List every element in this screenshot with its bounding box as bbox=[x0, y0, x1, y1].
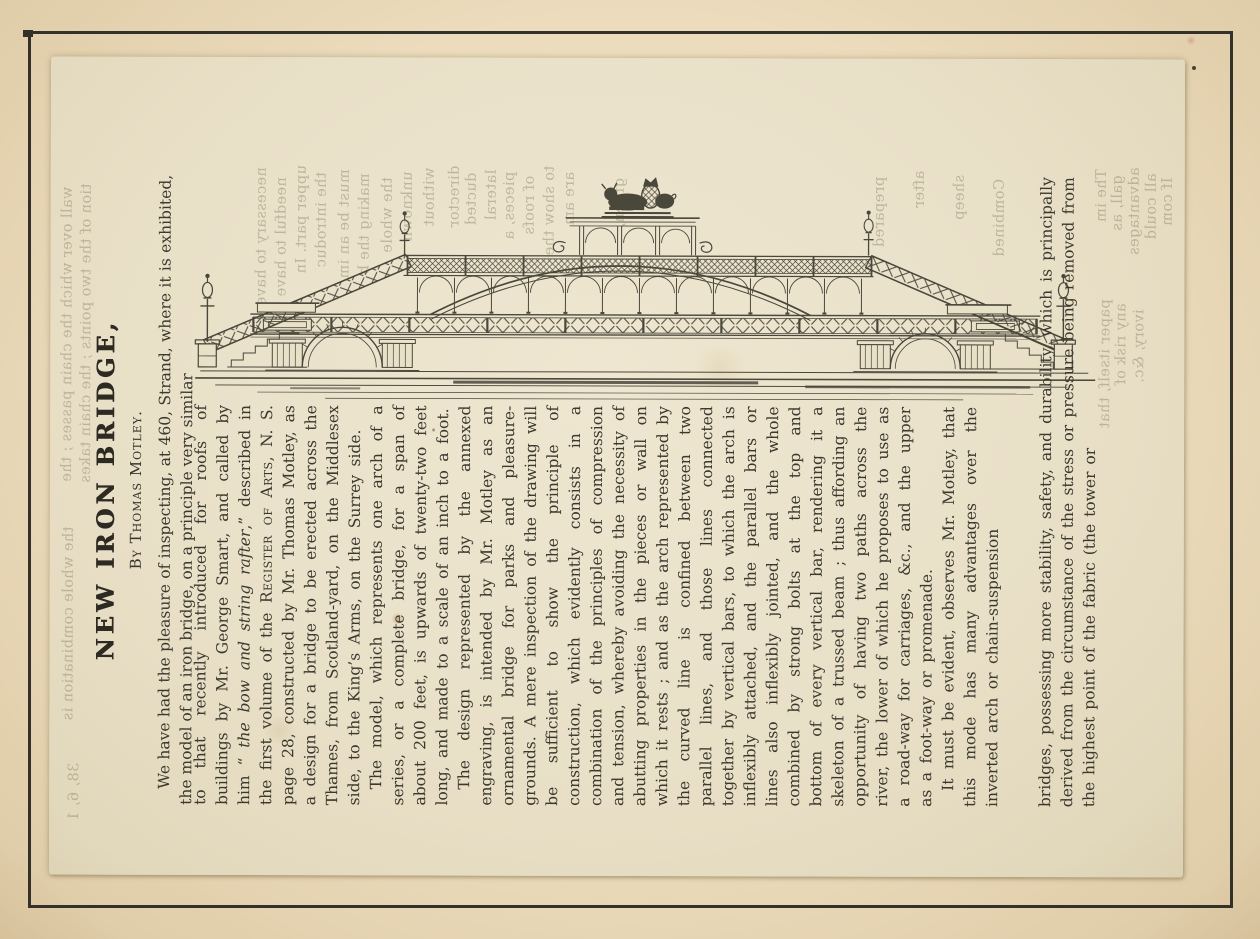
lamp-icon bbox=[195, 274, 219, 367]
royal-crest-icon bbox=[602, 178, 676, 217]
bleed-fragment: If com bbox=[1159, 177, 1177, 226]
bleed-fragment: 38, 6, 1 bbox=[65, 763, 83, 822]
central-pavilion bbox=[553, 218, 712, 255]
article-column-start: NEW IRON BRIDGE, By Thomas Motley. We ha… bbox=[89, 175, 199, 805]
bleed-fragment: advantages bbox=[1126, 167, 1144, 255]
stain-mark bbox=[1192, 66, 1196, 70]
scan-background: wall over which the chain passes ; theti… bbox=[0, 0, 1260, 939]
bow-arch bbox=[430, 266, 810, 321]
lamp-icon bbox=[864, 211, 874, 256]
article-paragraph: The model, which represents one arch of … bbox=[365, 405, 454, 805]
article-byline: By Thomas Motley. bbox=[123, 175, 149, 805]
bleed-fragment: gall, as bbox=[1109, 175, 1127, 231]
bridge-engraving bbox=[195, 164, 1096, 406]
article-paragraph: It must be evident, observes Mr. Motley,… bbox=[937, 407, 1004, 807]
lamp-icon bbox=[400, 212, 410, 256]
article-title: NEW IRON BRIDGE, bbox=[89, 175, 123, 805]
bleed-fragment: any risk of bbox=[1112, 303, 1130, 385]
stain-mark bbox=[1186, 36, 1196, 45]
article-column-middle: to that recently introduced for roofs of… bbox=[189, 405, 1004, 807]
water-lines bbox=[195, 371, 1095, 400]
article-paragraph: bridges, possessing more stability, safe… bbox=[1034, 177, 1102, 807]
bleed-fragment: wall over which the chain passes ; the bbox=[58, 187, 77, 482]
bleed-fragment: ivory, &c. bbox=[1130, 309, 1148, 383]
article-column-end: bridges, possessing more stability, safe… bbox=[1034, 177, 1102, 807]
newspaper-clipping: wall over which the chain passes ; theti… bbox=[49, 57, 1185, 878]
article-paragraph: to that recently introduced for roofs of… bbox=[189, 405, 366, 805]
article-paragraph: The design represented by the annexed en… bbox=[453, 406, 938, 807]
bleed-fragment: the whole combination is bbox=[59, 527, 78, 721]
